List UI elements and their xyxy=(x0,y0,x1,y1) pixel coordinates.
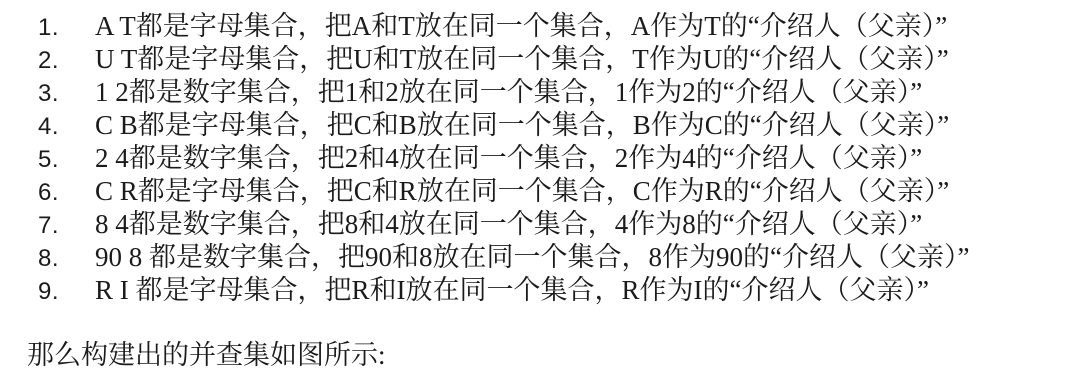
list-item-number: 1. xyxy=(38,11,95,44)
list-item-text: 2 4都是数字集合，把2和4放在同一个集合，2作为4的“介绍人（父亲）” xyxy=(95,142,922,175)
list-item-number: 7. xyxy=(38,209,95,242)
list-item-text: C R都是字母集合，把C和R放在同一个集合，C作为R的“介绍人（父亲）” xyxy=(95,175,949,208)
list-item: 4. C B都是字母集合，把C和B放在同一个集合，B作为C的“介绍人（父亲）” xyxy=(0,109,969,142)
list-item-number: 6. xyxy=(38,176,95,209)
list-item-number: 5. xyxy=(38,143,95,176)
list-item-text: C B都是字母集合，把C和B放在同一个集合，B作为C的“介绍人（父亲）” xyxy=(95,109,949,142)
list-item: 2. U T都是字母集合，把U和T放在同一个集合，T作为U的“介绍人（父亲）” xyxy=(0,43,969,76)
list-item-number: 3. xyxy=(38,77,95,110)
list-item: 9. R I 都是字母集合，把R和I放在同一个集合，R作为I的“介绍人（父亲）” xyxy=(0,274,969,307)
list-item-text: A T都是字母集合，把A和T放在同一个集合，A作为T的“介绍人（父亲）” xyxy=(95,10,947,43)
caption-paragraph: 那么构建出的并查集如图所示: xyxy=(27,338,386,372)
list-item-number: 9. xyxy=(38,275,95,308)
list-item-text: U T都是字母集合，把U和T放在同一个集合，T作为U的“介绍人（父亲）” xyxy=(95,43,949,76)
list-item: 8. 90 8 都是数字集合，把90和8放在同一个集合，8作为90的“介绍人（父… xyxy=(0,241,969,274)
list-item: 6. C R都是字母集合，把C和R放在同一个集合，C作为R的“介绍人（父亲）” xyxy=(0,175,969,208)
list-item-number: 4. xyxy=(38,110,95,143)
list-item-number: 8. xyxy=(38,242,95,275)
list-item-text: R I 都是字母集合，把R和I放在同一个集合，R作为I的“介绍人（父亲）” xyxy=(95,274,929,307)
list-item: 1. A T都是字母集合，把A和T放在同一个集合，A作为T的“介绍人（父亲）” xyxy=(0,10,969,43)
list-item-text: 1 2都是数字集合，把1和2放在同一个集合，1作为2的“介绍人（父亲）” xyxy=(95,76,922,109)
document-page: 1. A T都是字母集合，把A和T放在同一个集合，A作为T的“介绍人（父亲）” … xyxy=(0,0,1066,391)
list-item: 3. 1 2都是数字集合，把1和2放在同一个集合，1作为2的“介绍人（父亲）” xyxy=(0,76,969,109)
list-item: 7. 8 4都是数字集合，把8和4放在同一个集合，4作为8的“介绍人（父亲）” xyxy=(0,208,969,241)
list-item: 5. 2 4都是数字集合，把2和4放在同一个集合，2作为4的“介绍人（父亲）” xyxy=(0,142,969,175)
list-item-text: 90 8 都是数字集合，把90和8放在同一个集合，8作为90的“介绍人（父亲）” xyxy=(95,241,969,274)
list-item-text: 8 4都是数字集合，把8和4放在同一个集合，4作为8的“介绍人（父亲）” xyxy=(95,208,922,241)
list-item-number: 2. xyxy=(38,44,95,77)
union-find-steps-list: 1. A T都是字母集合，把A和T放在同一个集合，A作为T的“介绍人（父亲）” … xyxy=(0,10,969,307)
